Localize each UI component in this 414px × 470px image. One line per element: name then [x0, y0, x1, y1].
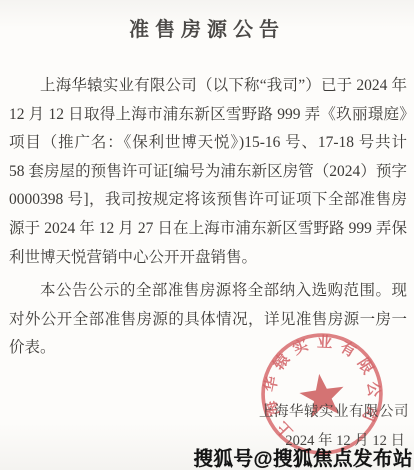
page-title: 准售房源公告 — [0, 0, 414, 42]
signature-company: 上海华辕实业有限公司 — [259, 400, 409, 421]
announcement-document: 准售房源公告 上海华辕实业有限公司（以下称“我司”）已于 2024 年 12 月… — [0, 0, 414, 470]
sohu-watermark: 搜狐号@搜狐焦点发布站 — [193, 443, 413, 470]
announcement-paragraph-1: 上海华辕实业有限公司（以下称“我司”）已于 2024 年 12 月 12 日取得… — [9, 72, 407, 272]
